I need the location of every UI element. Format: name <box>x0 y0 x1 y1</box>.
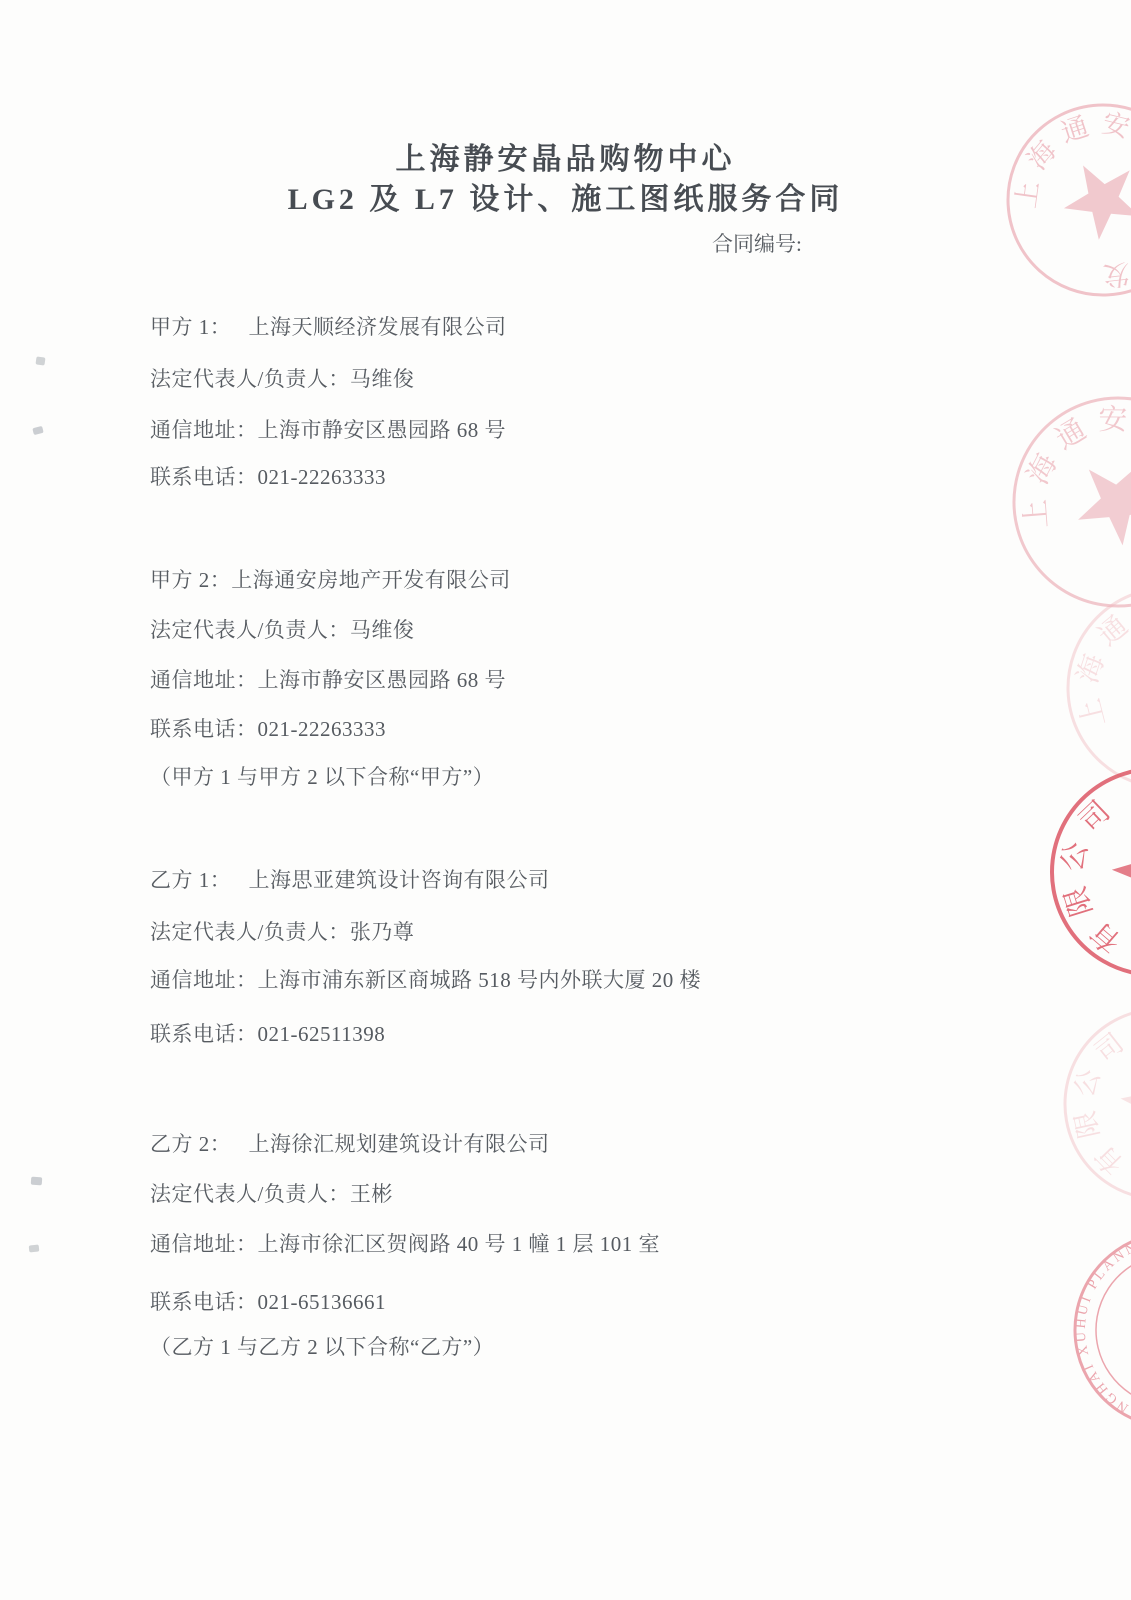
seal-inner-ring <box>1066 1224 1131 1436</box>
seal-ring-text: 上海通安房地产开发有限公司 <box>994 378 1131 618</box>
seal-outer-ring <box>994 378 1131 626</box>
company-seal-stamp-4: 有限公司 <box>1032 749 1131 1000</box>
contract-number-label: 合同编号: <box>712 228 802 258</box>
party-a2-name-line: 甲方 2：上海通安房地产开发有限公司 <box>150 564 511 594</box>
seal-star-icon <box>1064 443 1131 553</box>
seal-ring-text: 有限公司 <box>1036 784 1131 967</box>
contract-title-line1: 上海静安晶品购物中心 <box>0 134 1131 178</box>
party-a-joint-note: （甲方 1 与甲方 2 以下合称“甲方”） <box>150 761 494 791</box>
party-a2-phone-line: 联系电话：021-22263333 <box>150 713 386 743</box>
seal-graphic: 上海通安房地产开发有限公司 <box>994 378 1131 626</box>
seal-outer-ring <box>1032 749 1131 995</box>
scan-artifact <box>31 1177 43 1186</box>
seal-ring-text: 有限公司 <box>1055 1019 1131 1185</box>
seal-ring-text: SHANGHAI XUHUI PLANNING <box>1055 1217 1131 1447</box>
party-a1-phone-line: 联系电话：021-22263333 <box>150 461 386 491</box>
party-a2-legal-rep-line: 法定代表人/负责人：马维俊 <box>150 614 414 644</box>
contract-document-page: 上海静安晶品购物中心 LG2 及 L7 设计、施工图纸服务合同 合同编号: 甲方… <box>0 0 1131 1600</box>
party-a1-address-line: 通信地址：上海市静安区愚园路 68 号 <box>150 414 506 444</box>
seal-graphic: SHANGHAI XUHUI PLANNING <box>1055 1213 1131 1447</box>
party-a1-legal-rep-line: 法定代表人/负责人：马维俊 <box>150 363 414 393</box>
party-b-joint-note: （乙方 1 与乙方 2 以下合称“乙方”） <box>150 1331 494 1361</box>
party-b2-phone-line: 联系电话：021-65136661 <box>150 1286 386 1316</box>
company-seal-stamp-6: SHANGHAI XUHUI PLANNING <box>1055 1213 1131 1452</box>
party-b1-phone-line: 联系电话：021-62511398 <box>150 1018 385 1048</box>
seal-outer-ring <box>1055 1213 1131 1447</box>
seal-outer-ring <box>1050 994 1131 1214</box>
seal-star-icon <box>1104 820 1131 917</box>
seal-graphic: 上海通安房地产开发有限公司 <box>1048 568 1131 808</box>
contract-title-line2: LG2 及 L7 设计、施工图纸服务合同 <box>0 174 1131 218</box>
company-seal-stamp-5: 有限公司 <box>1045 989 1131 1224</box>
party-b1-address-line: 通信地址：上海市浦东新区商城路 518 号内外联大厦 20 楼 <box>150 964 701 994</box>
seal-outer-ring <box>1048 568 1131 808</box>
party-a1-name-line: 甲方 1： 上海天顺经济发展有限公司 <box>150 311 507 341</box>
party-b1-legal-rep-line: 法定代表人/负责人：张乃尊 <box>150 916 414 946</box>
seal-star-icon <box>1116 1058 1131 1142</box>
company-seal-stamp-3: 上海通安房地产开发有限公司 <box>1048 568 1131 813</box>
scan-artifact <box>35 356 45 365</box>
seal-graphic: 有限公司 <box>1032 749 1131 995</box>
seal-graphic: 有限公司 <box>1045 989 1131 1219</box>
scan-artifact <box>29 1244 40 1252</box>
party-b2-address-line: 通信地址：上海市徐汇区贺阀路 40 号 1 幢 1 层 101 室 <box>150 1228 660 1258</box>
seal-ring-text: 上海通安房地产开发有限公司 <box>1048 568 1131 794</box>
seal-star-icon <box>1119 635 1131 734</box>
party-b1-name-line: 乙方 1： 上海思亚建筑设计咨询有限公司 <box>150 864 550 894</box>
party-b2-name-line: 乙方 2： 上海徐汇规划建筑设计有限公司 <box>150 1128 550 1158</box>
party-b2-legal-rep-line: 法定代表人/负责人：王彬 <box>150 1178 393 1208</box>
company-seal-stamp-2: 上海通安房地产开发有限公司 <box>994 378 1131 631</box>
scan-artifact <box>32 426 43 435</box>
party-a2-address-line: 通信地址：上海市静安区愚园路 68 号 <box>150 664 506 694</box>
